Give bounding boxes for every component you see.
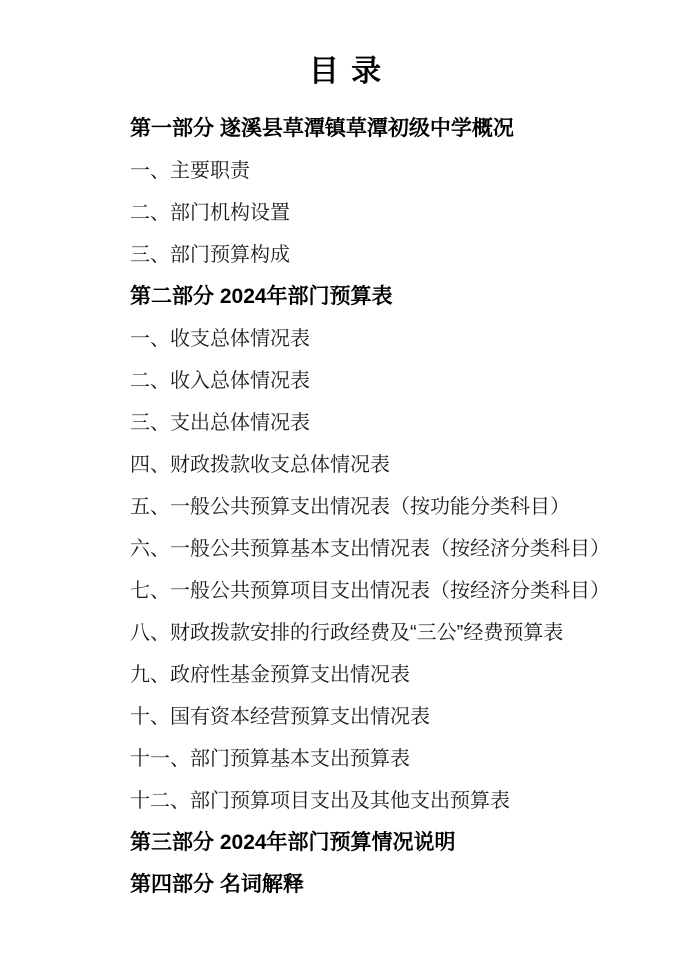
toc-entry: 三、支出总体情况表 [130,410,632,436]
toc-entry: 三、部门预算构成 [130,242,632,268]
toc-list: 第一部分 遂溪县草潭镇草潭初级中学概况一、主要职责二、部门机构设置三、部门预算构… [130,116,632,898]
toc-entry: 十二、部门预算项目支出及其他支出预算表 [130,788,632,814]
toc-entry: 二、部门机构设置 [130,200,632,226]
document-page: 目 录 第一部分 遂溪县草潭镇草潭初级中学概况一、主要职责二、部门机构设置三、部… [0,0,692,980]
toc-part-heading: 第一部分 遂溪县草潭镇草潭初级中学概况 [130,116,632,142]
toc-part-heading: 第二部分 2024年部门预算表 [130,284,632,310]
toc-entry: 四、财政拨款收支总体情况表 [130,452,632,478]
toc-entry: 一、主要职责 [130,158,632,184]
toc-entry: 九、政府性基金预算支出情况表 [130,662,632,688]
toc-entry: 五、一般公共预算支出情况表（按功能分类科目） [130,494,632,520]
toc-part-heading: 第四部分 名词解释 [130,872,632,898]
toc-entry: 十一、部门预算基本支出预算表 [130,746,632,772]
toc-entry: 二、收入总体情况表 [130,368,632,394]
toc-part-heading: 第三部分 2024年部门预算情况说明 [130,830,632,856]
toc-entry: 八、财政拨款安排的行政经费及“三公”经费预算表 [130,620,632,646]
toc-entry: 七、一般公共预算项目支出情况表（按经济分类科目） [130,578,632,604]
toc-entry: 六、一般公共预算基本支出情况表（按经济分类科目） [130,536,632,562]
toc-entry: 一、收支总体情况表 [130,326,632,352]
page-title: 目 录 [0,54,692,90]
toc-entry: 十、国有资本经营预算支出情况表 [130,704,632,730]
